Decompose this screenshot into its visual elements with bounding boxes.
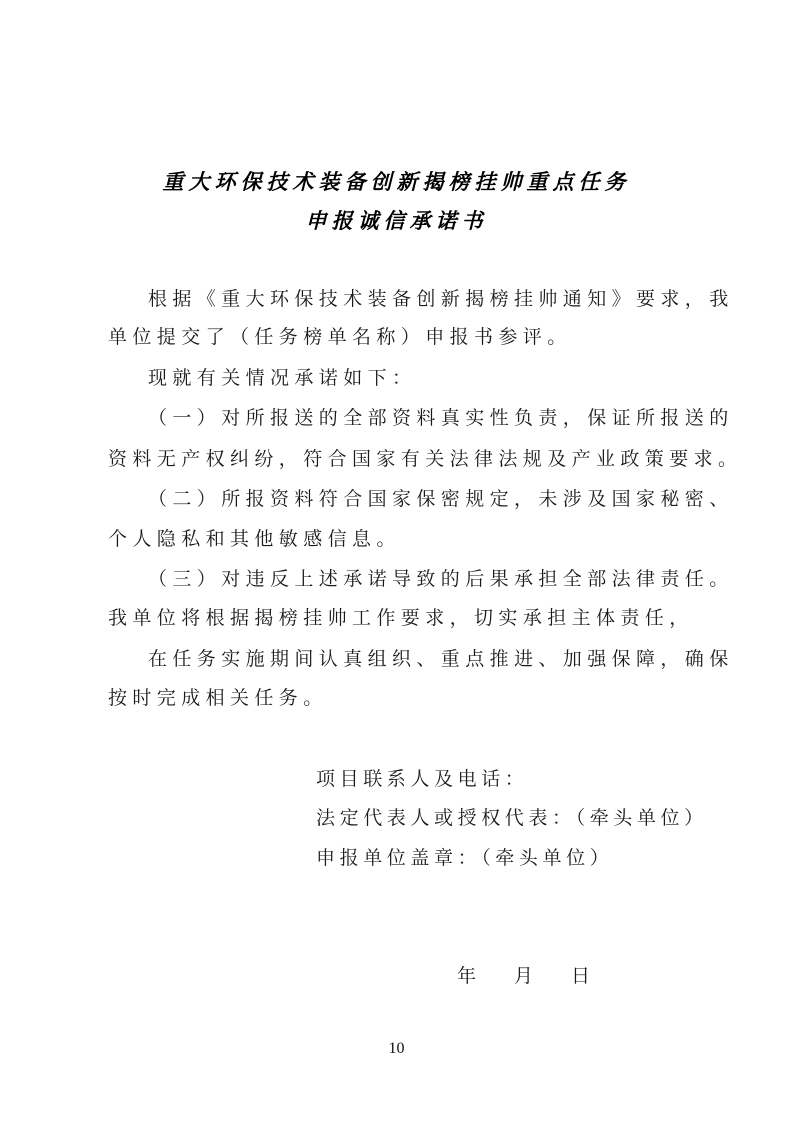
commitment-item-1-line-2: 资料无产权纠纷，符合国家有关法律法规及产业政策要求。 xyxy=(108,447,742,471)
date-day-label: 日 xyxy=(571,961,590,988)
document-title-line-1: 重大环保技术装备创新揭榜挂帅重点任务 xyxy=(0,166,793,196)
document-title-line-2: 申报诚信承诺书 xyxy=(0,205,793,235)
signature-legal-rep-label: 法定代表人或授权代表：（牵头单位） xyxy=(316,806,708,830)
commitment-item-2-line-2: 个人隐私和其他敏感信息。 xyxy=(108,527,401,551)
commitment-item-1-line-1: （一）对所报送的全部资料真实性负责，保证所报送的 xyxy=(148,406,734,430)
date-year-label: 年 xyxy=(457,961,476,988)
signature-seal-label: 申报单位盖章：（牵头单位） xyxy=(316,846,613,870)
paragraph-commitment-lead: 现就有关情况承诺如下： xyxy=(148,366,416,390)
paragraph-intro-line-1: 根据《重大环保技术装备创新揭榜挂帅通知》要求，我 xyxy=(148,287,734,311)
signature-contact-label: 项目联系人及电话： xyxy=(316,767,528,791)
paragraph-closing-line-1: 在任务实施期间认真组织、重点推进、加强保障，确保 xyxy=(148,647,734,671)
paragraph-intro-line-2: 单位提交了（任务榜单名称）申报书参评。 xyxy=(108,325,572,349)
document-page: 重大环保技术装备创新揭榜挂帅重点任务 申报诚信承诺书 根据《重大环保技术装备创新… xyxy=(0,0,793,1122)
commitment-item-3-line-1: （三）对违反上述承诺导致的后果承担全部法律责任。 xyxy=(148,567,734,591)
date-month-label: 月 xyxy=(514,961,533,988)
commitment-item-3-line-2: 我单位将根据揭榜挂帅工作要求，切实承担主体责任， xyxy=(108,606,694,630)
commitment-item-2-line-1: （二）所报资料符合国家保密规定，未涉及国家秘密、 xyxy=(148,487,734,511)
paragraph-closing-line-2: 按时完成相关任务。 xyxy=(108,686,328,710)
page-number: 10 xyxy=(0,1040,793,1058)
